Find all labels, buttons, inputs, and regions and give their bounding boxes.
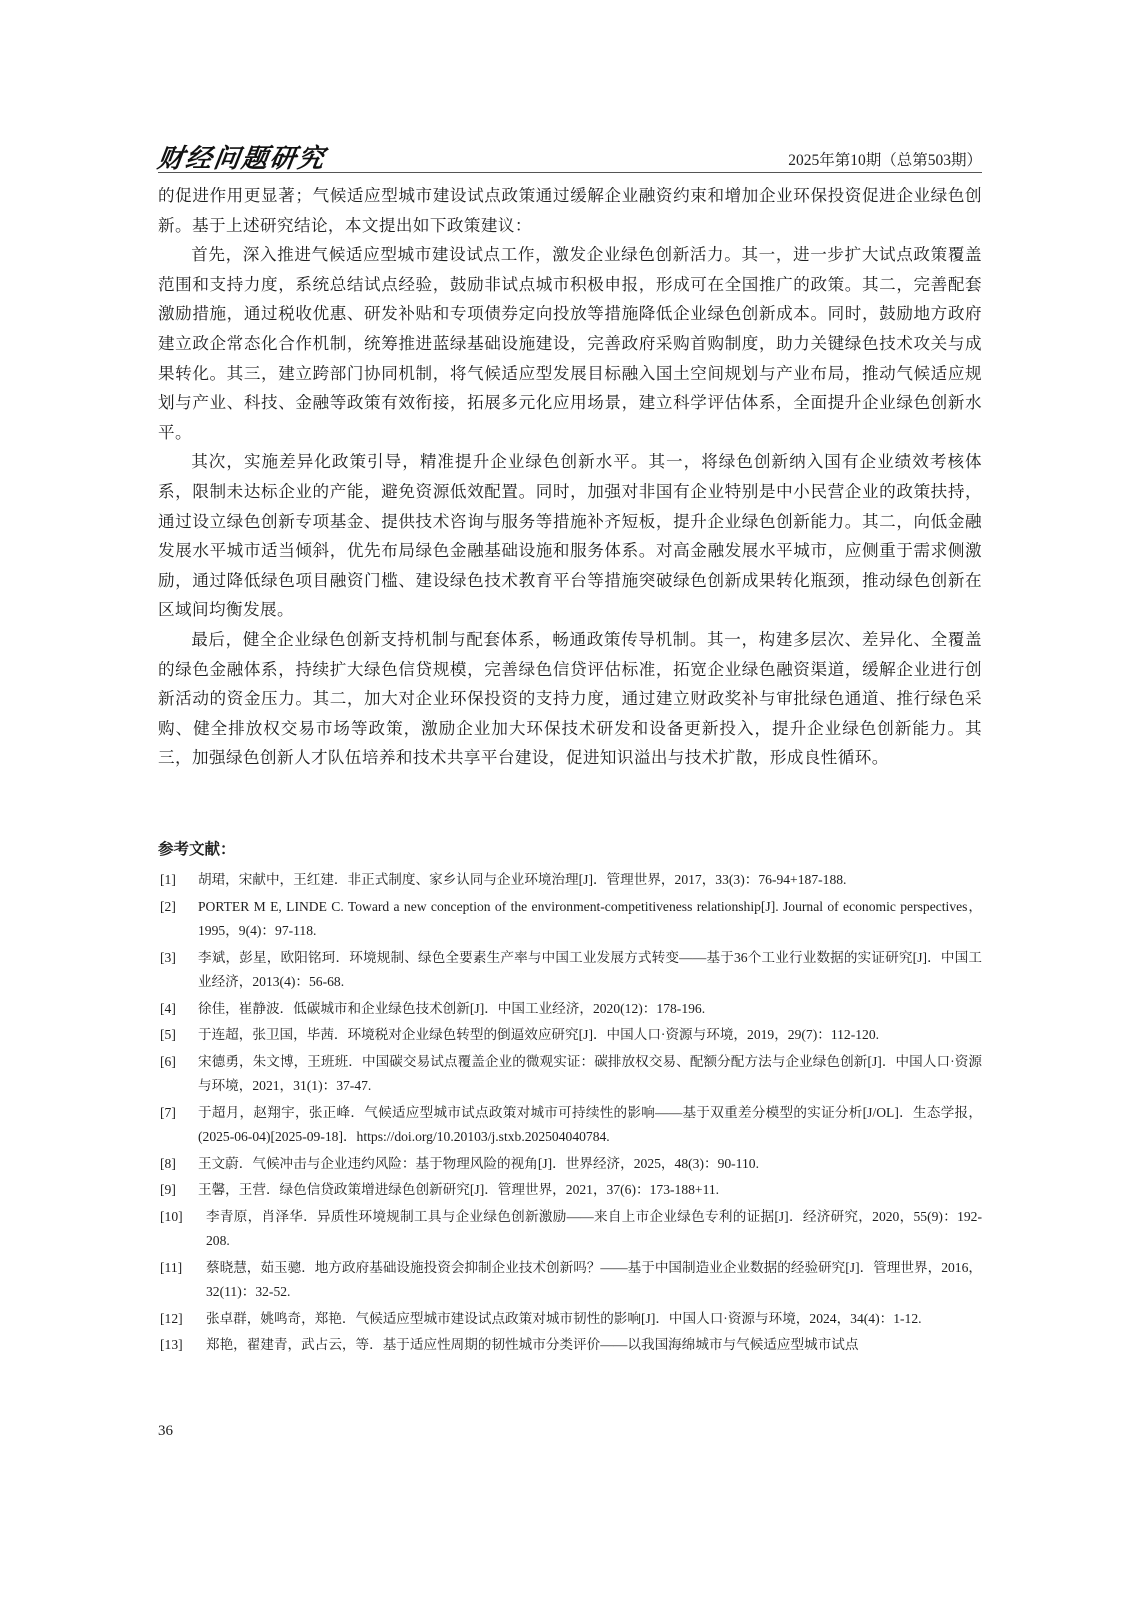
references-heading: 参考文献： [158,836,982,862]
reference-number: [8] [160,1152,176,1177]
reference-text: 王馨，王营．绿色信贷政策增进绿色创新研究[J]．管理世界，2021，37(6)：… [198,1182,719,1197]
reference-number: [9] [160,1178,176,1203]
reference-number: [5] [160,1023,176,1048]
reference-item: [10]李青原，肖泽华．异质性环境规制工具与企业绿色创新激励——来自上市企业绿色… [158,1205,982,1254]
reference-text: 张卓群，姚鸣奇，郑艳．气候适应型城市建设试点政策对城市韧性的影响[J]．中国人口… [206,1311,922,1326]
reference-item: [1]胡珺，宋献中，王红建．非正式制度、家乡认同与企业环境治理[J]．管理世界，… [158,868,982,893]
reference-item: [3]李斌，彭星，欧阳铭珂．环境规制、绿色全要素生产率与中国工业发展方式转变——… [158,946,982,995]
paragraph: 最后，健全企业绿色创新支持机制与配套体系，畅通政策传导机制。其一，构建多层次、差… [158,625,982,773]
reference-text: PORTER M E, LINDE C. Toward a new concep… [198,899,982,939]
journal-masthead: 财经问题研究 [155,138,328,175]
reference-item: [12]张卓群，姚鸣奇，郑艳．气候适应型城市建设试点政策对城市韧性的影响[J]．… [158,1307,982,1332]
running-header: 财经问题研究 2025年第10期（总第503期） [158,138,982,173]
reference-number: [1] [160,868,176,893]
reference-text: 徐佳，崔静波．低碳城市和企业绿色技术创新[J]．中国工业经济，2020(12)：… [198,1001,705,1016]
paragraph: 其次，实施差异化政策引导，精准提升企业绿色创新水平。其一，将绿色创新纳入国有企业… [158,447,982,625]
body-text: 的促进作用更显著；气候适应型城市建设试点政策通过缓解企业融资约束和增加企业环保投… [158,181,982,773]
reference-item: [4]徐佳，崔静波．低碳城市和企业绿色技术创新[J]．中国工业经济，2020(1… [158,997,982,1022]
references-section: 参考文献： [1]胡珺，宋献中，王红建．非正式制度、家乡认同与企业环境治理[J]… [158,836,982,1360]
issue-info: 2025年第10期（总第503期） [788,148,982,170]
reference-item: [7]于超月，赵翔宇，张正峰．气候适应型城市试点政策对城市可持续性的影响——基于… [158,1101,982,1150]
reference-item: [13]郑艳，翟建青，武占云，等．基于适应性周期的韧性城市分类评价——以我国海绵… [158,1333,982,1358]
reference-number: [7] [160,1101,176,1126]
reference-number: [11] [160,1256,182,1281]
reference-text: 郑艳，翟建青，武占云，等．基于适应性周期的韧性城市分类评价——以我国海绵城市与气… [206,1337,859,1352]
reference-number: [12] [160,1307,183,1332]
reference-number: [3] [160,946,176,971]
reference-number: [13] [160,1333,183,1358]
reference-number: [4] [160,997,176,1022]
reference-text: 蔡晓慧，茹玉骢．地方政府基础设施投资会抑制企业技术创新吗？——基于中国制造业企业… [206,1260,982,1300]
paragraph: 首先，深入推进气候适应型城市建设试点工作，激发企业绿色创新活力。其一，进一步扩大… [158,240,982,447]
reference-text: 李青原，肖泽华．异质性环境规制工具与企业绿色创新激励——来自上市企业绿色专利的证… [206,1209,982,1249]
reference-text: 于连超，张卫国，毕茜．环境税对企业绿色转型的倒逼效应研究[J]．中国人口·资源与… [198,1027,879,1042]
reference-item: [5]于连超，张卫国，毕茜．环境税对企业绿色转型的倒逼效应研究[J]．中国人口·… [158,1023,982,1048]
reference-number: [2] [160,895,176,920]
reference-number: [6] [160,1050,176,1075]
reference-item: [11]蔡晓慧，茹玉骢．地方政府基础设施投资会抑制企业技术创新吗？——基于中国制… [158,1256,982,1305]
reference-item: [9]王馨，王营．绿色信贷政策增进绿色创新研究[J]．管理世界，2021，37(… [158,1178,982,1203]
reference-item: [6]宋德勇，朱文博，王班班．中国碳交易试点覆盖企业的微观实证：碳排放权交易、配… [158,1050,982,1099]
reference-text: 于超月，赵翔宇，张正峰．气候适应型城市试点政策对城市可持续性的影响——基于双重差… [198,1105,982,1145]
reference-item: [2]PORTER M E, LINDE C. Toward a new con… [158,895,982,944]
reference-text: 胡珺，宋献中，王红建．非正式制度、家乡认同与企业环境治理[J]．管理世界，201… [198,872,846,887]
reference-number: [10] [160,1205,183,1230]
paragraph: 的促进作用更显著；气候适应型城市建设试点政策通过缓解企业融资约束和增加企业环保投… [158,181,982,240]
reference-item: [8]王文蔚．气候冲击与企业违约风险：基于物理风险的视角[J]．世界经济，202… [158,1152,982,1177]
reference-text: 宋德勇，朱文博，王班班．中国碳交易试点覆盖企业的微观实证：碳排放权交易、配额分配… [198,1054,982,1094]
reference-text: 王文蔚．气候冲击与企业违约风险：基于物理风险的视角[J]．世界经济，2025，4… [198,1156,759,1171]
page-number: 36 [158,1423,173,1440]
reference-text: 李斌，彭星，欧阳铭珂．环境规制、绿色全要素生产率与中国工业发展方式转变——基于3… [198,950,982,990]
